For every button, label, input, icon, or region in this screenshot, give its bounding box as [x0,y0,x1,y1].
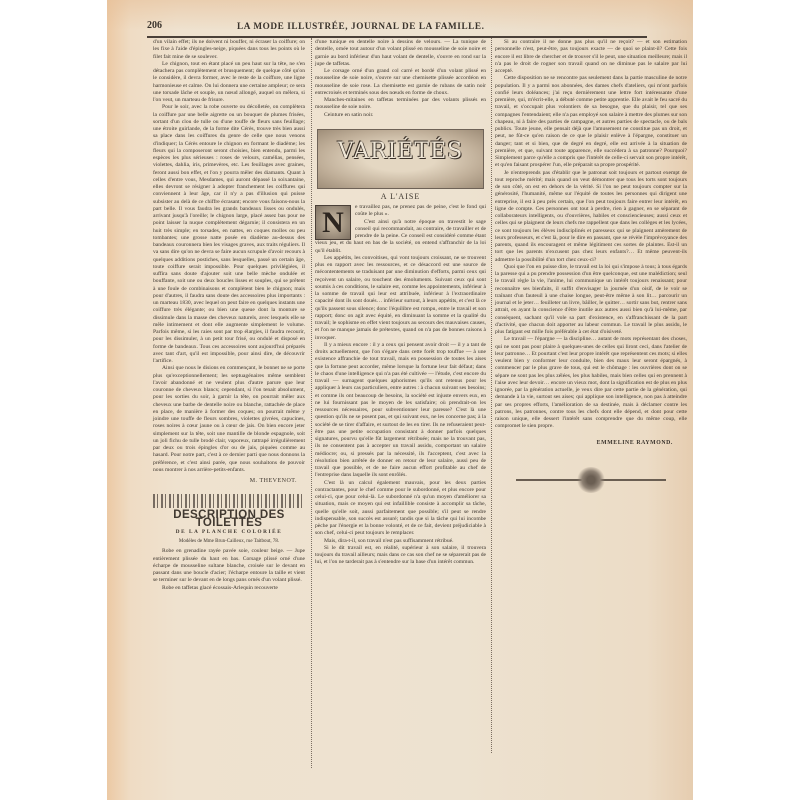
vignette-flower [576,467,606,493]
paragraph: Si au contraire il ne donne pas plus qu'… [495,39,687,75]
section-subtitle: DE LA PLANCHE COLORIÉE [153,529,305,536]
journal-title: LA MODE ILLUSTRÉE, JOURNAL DE LA FAMILLE… [237,21,485,31]
paragraph: C'est là un calcul également mauvais, po… [315,480,486,538]
paragraph: Ceinture en satin noir. [315,112,486,119]
dropcap-ornament: N [315,205,351,240]
paragraph: Il y a mieux encore : il y a ceux qui pe… [315,342,486,480]
paragraph: Les appétits, les convoitises, qui vont … [315,255,486,342]
paragraph: Robe en grenadine rayée pavée soie, coul… [153,548,305,584]
varietes-banner: VARIÉTÉS [317,129,484,189]
paragraph: Je n'entreprends pas d'établir que le pa… [495,170,687,264]
paragraph: Le travail — l'épargne — la discipline… … [495,336,687,430]
column-3: Si au contraire il ne donne pas plus qu'… [495,39,687,495]
paragraph: Ainsi que nous le disions en commençant,… [153,365,305,474]
column-1: d'un vilain effet; ils ne doivent ni bou… [153,39,305,592]
paragraph: Mais, dira-t-il, son travail n'est pas s… [315,538,486,545]
paragraph: Quoi que l'on en puisse dire, le travail… [495,264,687,337]
article-title: A L'AISE [315,193,486,200]
author-signature: EMMELINE RAYMOND. [495,440,673,447]
paragraph: Pour le soir, avec la robe ouverte ou dé… [153,104,305,365]
ornamental-band [153,494,305,508]
column-divider [491,38,492,753]
paragraph: Si le dit travail est, en réalité, supér… [315,545,486,567]
page-number: 206 [147,20,162,31]
paragraph: Cette disposition ne se rencontre pas se… [495,75,687,169]
column-2: d'une tunique en dentelle noire à dessin… [315,39,486,567]
paragraph: Robe en taffetas glacé écossais-Arlequin… [153,585,305,592]
section-title: DESCRIPTION DES TOILETTES [153,512,305,527]
paragraph: Le chignon, tout en étant placé un peu h… [153,61,305,105]
banner-title: VARIÉTÉS [318,148,483,155]
column-divider [311,38,312,768]
paragraph: d'un vilain effet; ils ne doivent ni bou… [153,39,305,61]
floral-vignette-ornament [516,465,666,495]
header-rule [147,36,647,38]
dropcap-letter: N [316,206,350,239]
newspaper-page: 206 LA MODE ILLUSTRÉE, JOURNAL DE LA FAM… [107,0,693,800]
author-signature: M. THEVENOT. [153,478,305,485]
paragraph: Le corsage orné d'un grand col carré et … [315,68,486,97]
paragraph: d'une tunique en dentelle noire à dessin… [315,39,486,68]
paragraph: Manches-mitaines en taffetas terminées p… [315,97,486,112]
models-credit: Modèles de Mme Brun-Cailleux, rue Taitbo… [153,538,305,545]
running-header: 206 LA MODE ILLUSTRÉE, JOURNAL DE LA FAM… [107,20,693,34]
